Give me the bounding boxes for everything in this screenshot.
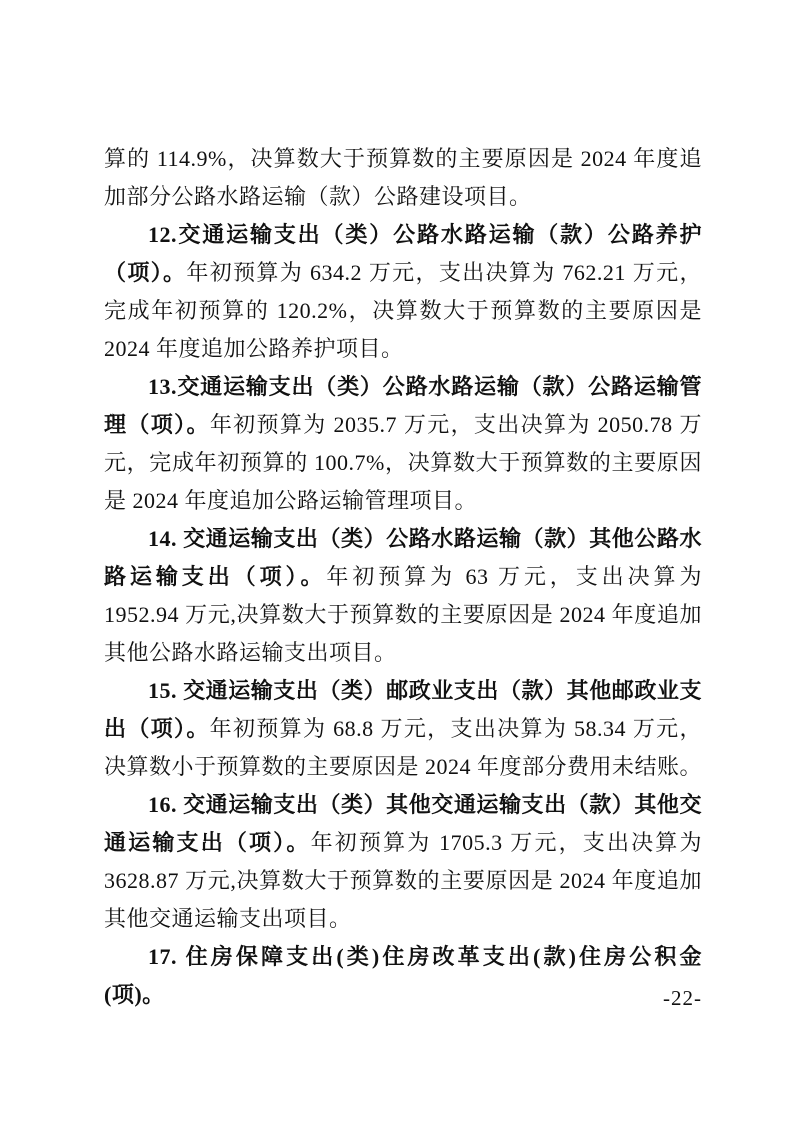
paragraph: 15. 交通运输支出（类）邮政业支出（款）其他邮政业支出（项）。年初预算为 68…: [104, 672, 702, 786]
paragraph: 12.交通运输支出（类）公路水路运输（款）公路养护（项）。年初预算为 634.2…: [104, 216, 702, 368]
body-text-run: 算的 114.9%，决算数大于预算数的主要原因是 2024 年度追加部分公路水路…: [104, 146, 702, 209]
paragraph: 算的 114.9%，决算数大于预算数的主要原因是 2024 年度追加部分公路水路…: [104, 140, 702, 216]
page-number: -22-: [104, 986, 702, 1011]
body-text-run: 年初预算为 634.2 万元，支出决算为 762.21 万元，完成年初预算的 1…: [104, 260, 702, 361]
paragraph: 14. 交通运输支出（类）公路水路运输（款）其他公路水路运输支出（项）。年初预算…: [104, 520, 702, 672]
paragraph: 13.交通运输支出（类）公路水路运输（款）公路运输管理（项）。年初预算为 203…: [104, 368, 702, 520]
paragraph: 16. 交通运输支出（类）其他交通运输支出（款）其他交通运输支出（项）。年初预算…: [104, 786, 702, 938]
document-page: 算的 114.9%，决算数大于预算数的主要原因是 2024 年度追加部分公路水路…: [0, 0, 793, 1122]
document-body: 算的 114.9%，决算数大于预算数的主要原因是 2024 年度追加部分公路水路…: [104, 140, 702, 1014]
